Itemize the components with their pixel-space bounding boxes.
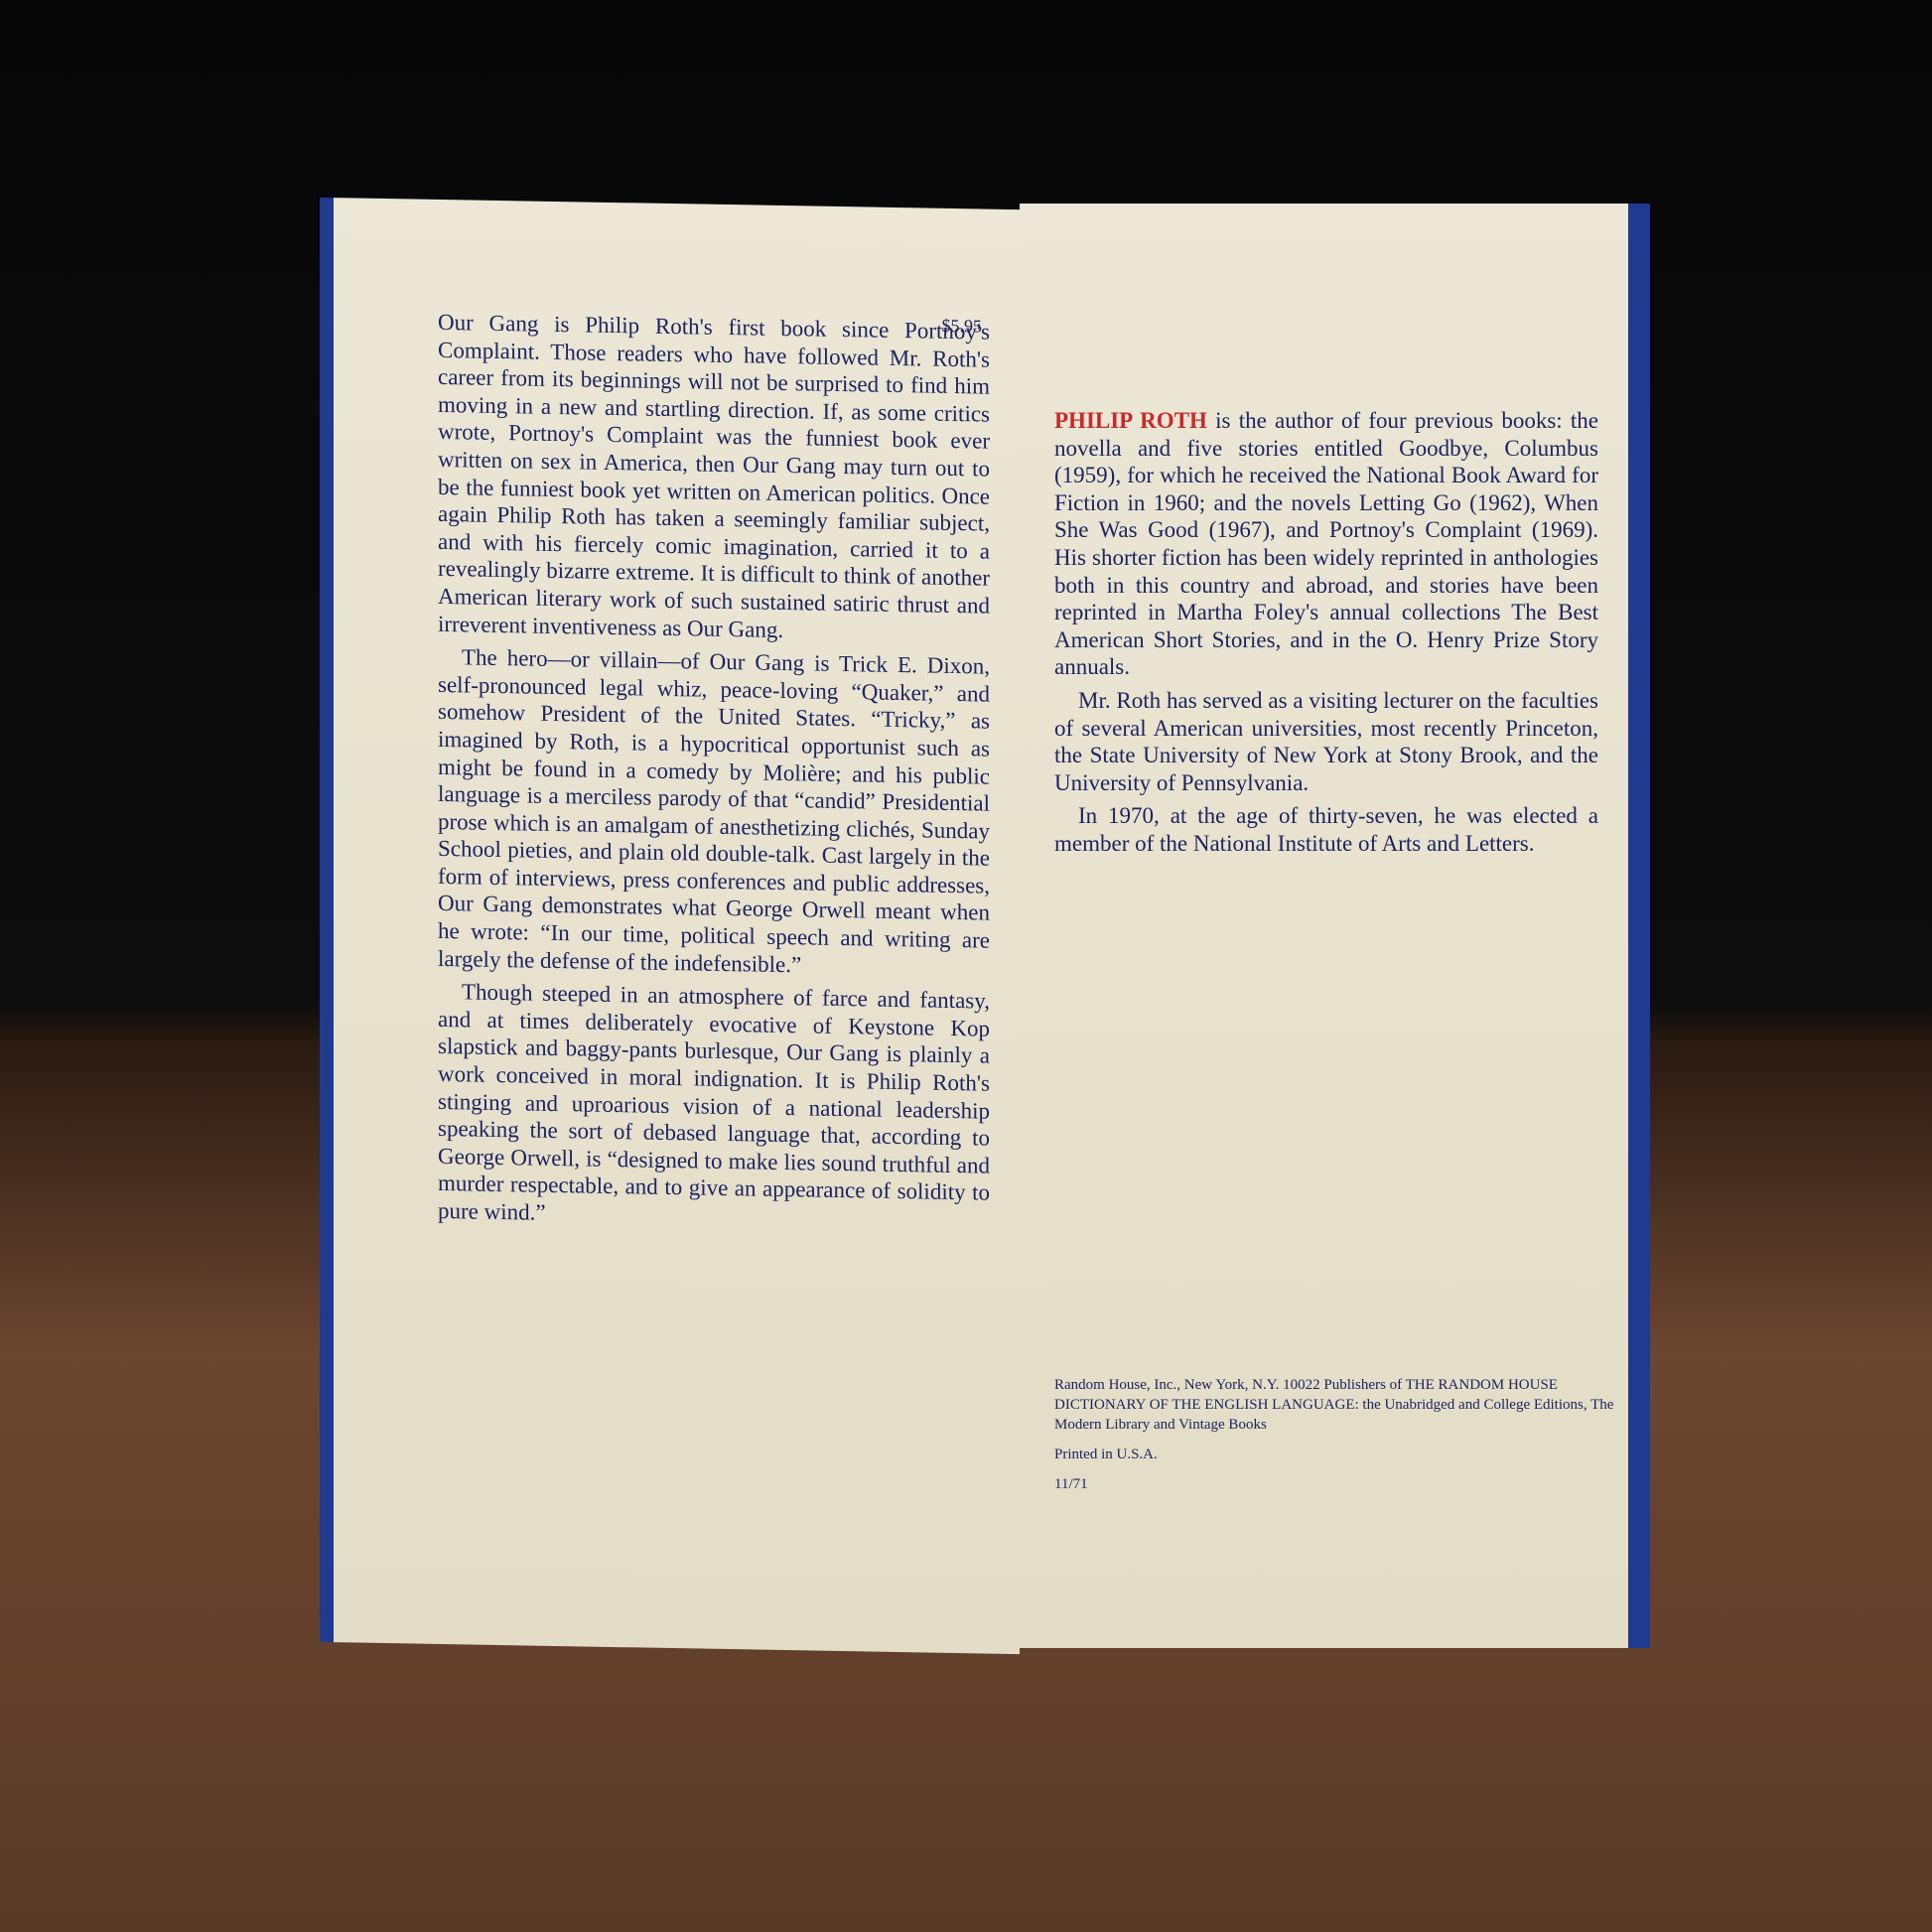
dust-jacket: $5.95 Our Gang is Philip Roth's first bo… bbox=[320, 204, 1650, 1648]
publisher-imprint: Random House, Inc., New York, N.Y. 10022… bbox=[1054, 1375, 1628, 1504]
flap-paragraph: Our Gang is Philip Roth's first book sin… bbox=[438, 309, 990, 647]
right-flap: PHILIP ROTH is the author of four previo… bbox=[1020, 204, 1650, 1648]
date-code: 11/71 bbox=[1054, 1474, 1628, 1494]
author-bio: PHILIP ROTH is the author of four previo… bbox=[1054, 407, 1598, 681]
price: $5.95 bbox=[942, 316, 983, 338]
flap-paragraph: Though steeped in an atmosphere of farce… bbox=[438, 978, 990, 1234]
left-flap: $5.95 Our Gang is Philip Roth's first bo… bbox=[320, 198, 1020, 1654]
publisher-info: Random House, Inc., New York, N.Y. 10022… bbox=[1054, 1375, 1628, 1435]
bio-paragraph: In 1970, at the age of thirty-seven, he … bbox=[1054, 802, 1598, 857]
flap-paragraph: The hero—or villain—of Our Gang is Trick… bbox=[438, 643, 990, 982]
author-name: PHILIP ROTH bbox=[1054, 408, 1207, 433]
bio-paragraph: Mr. Roth has served as a visiting lectur… bbox=[1054, 687, 1598, 796]
printed-in: Printed in U.S.A. bbox=[1054, 1445, 1628, 1464]
